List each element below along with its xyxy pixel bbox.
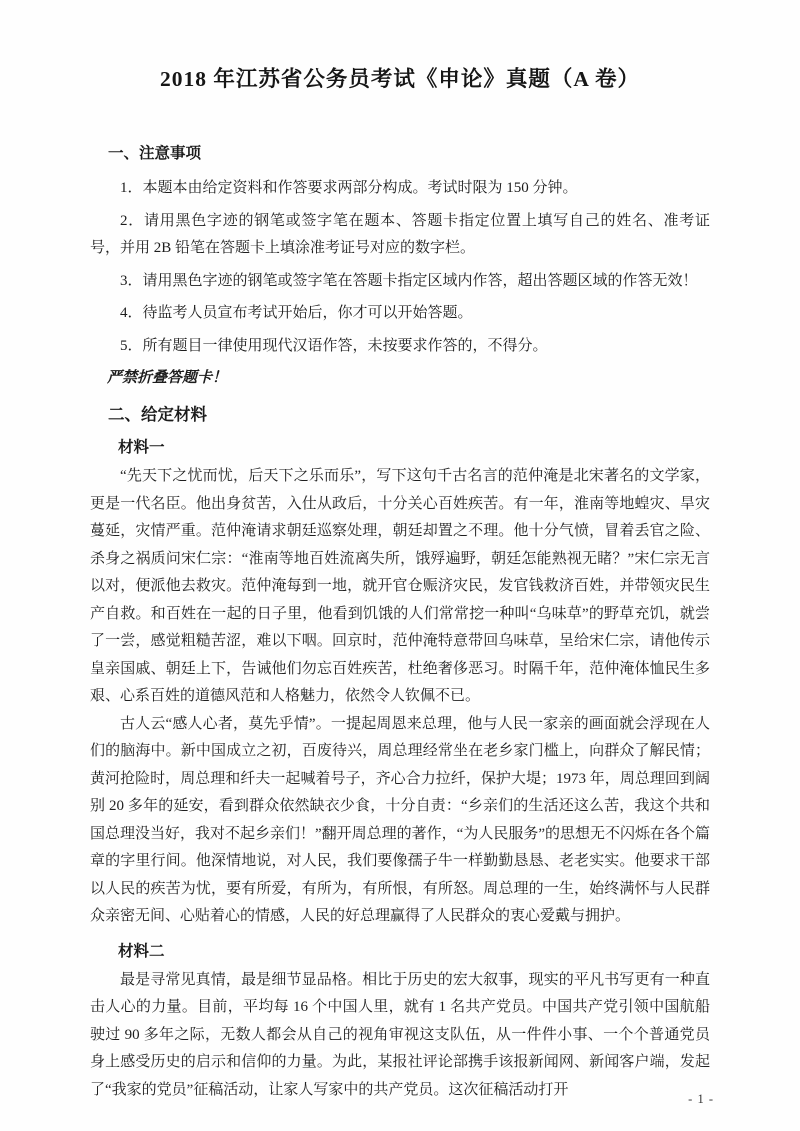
material-two-paragraph-1: 最是寻常见真情，最是细节显品格。相比于历史的宏大叙事，现实的平凡书写更有一种直击… (90, 967, 710, 1105)
material-one-paragraph-2: 古人云“感人心者，莫先乎情”。一提起周恩来总理，他与人民一家亲的画面就会浮现在人… (90, 711, 710, 931)
section-materials-heading: 二、给定材料 (108, 401, 710, 425)
section-notice-heading: 一、注意事项 (108, 141, 710, 163)
notice-item-4: 4．待监考人员宣布考试开始后，你才可以开始答题。 (90, 300, 710, 328)
page-number: - 1 - (688, 1092, 714, 1107)
material-one-heading: 材料一 (118, 435, 710, 457)
material-one-paragraph-1: “先天下之忧而忧，后天下之乐而乐”，写下这句千古名言的范仲淹是北宋著名的文学家，… (90, 463, 710, 711)
exam-document-page: 2018 年江苏省公务员考试《申论》真题（A 卷） 一、注意事项 1．本题本由给… (0, 0, 800, 1131)
document-title: 2018 年江苏省公务员考试《申论》真题（A 卷） (90, 62, 710, 93)
notice-item-3: 3．请用黑色字迹的钢笔或签字笔在答题卡指定区域内作答，超出答题区域的作答无效！ (90, 268, 710, 296)
material-two-heading: 材料二 (118, 939, 710, 961)
notice-item-5: 5．所有题目一律使用现代汉语作答，未按要求作答的，不得分。 (90, 333, 710, 361)
notice-item-1: 1．本题本由给定资料和作答要求两部分构成。考试时限为 150 分钟。 (90, 175, 710, 203)
notice-warning: 严禁折叠答题卡！ (107, 365, 710, 391)
notice-item-2: 2．请用黑色字迹的钢笔或签字笔在题本、答题卡指定位置上填写自己的姓名、准考证号，… (90, 208, 710, 263)
